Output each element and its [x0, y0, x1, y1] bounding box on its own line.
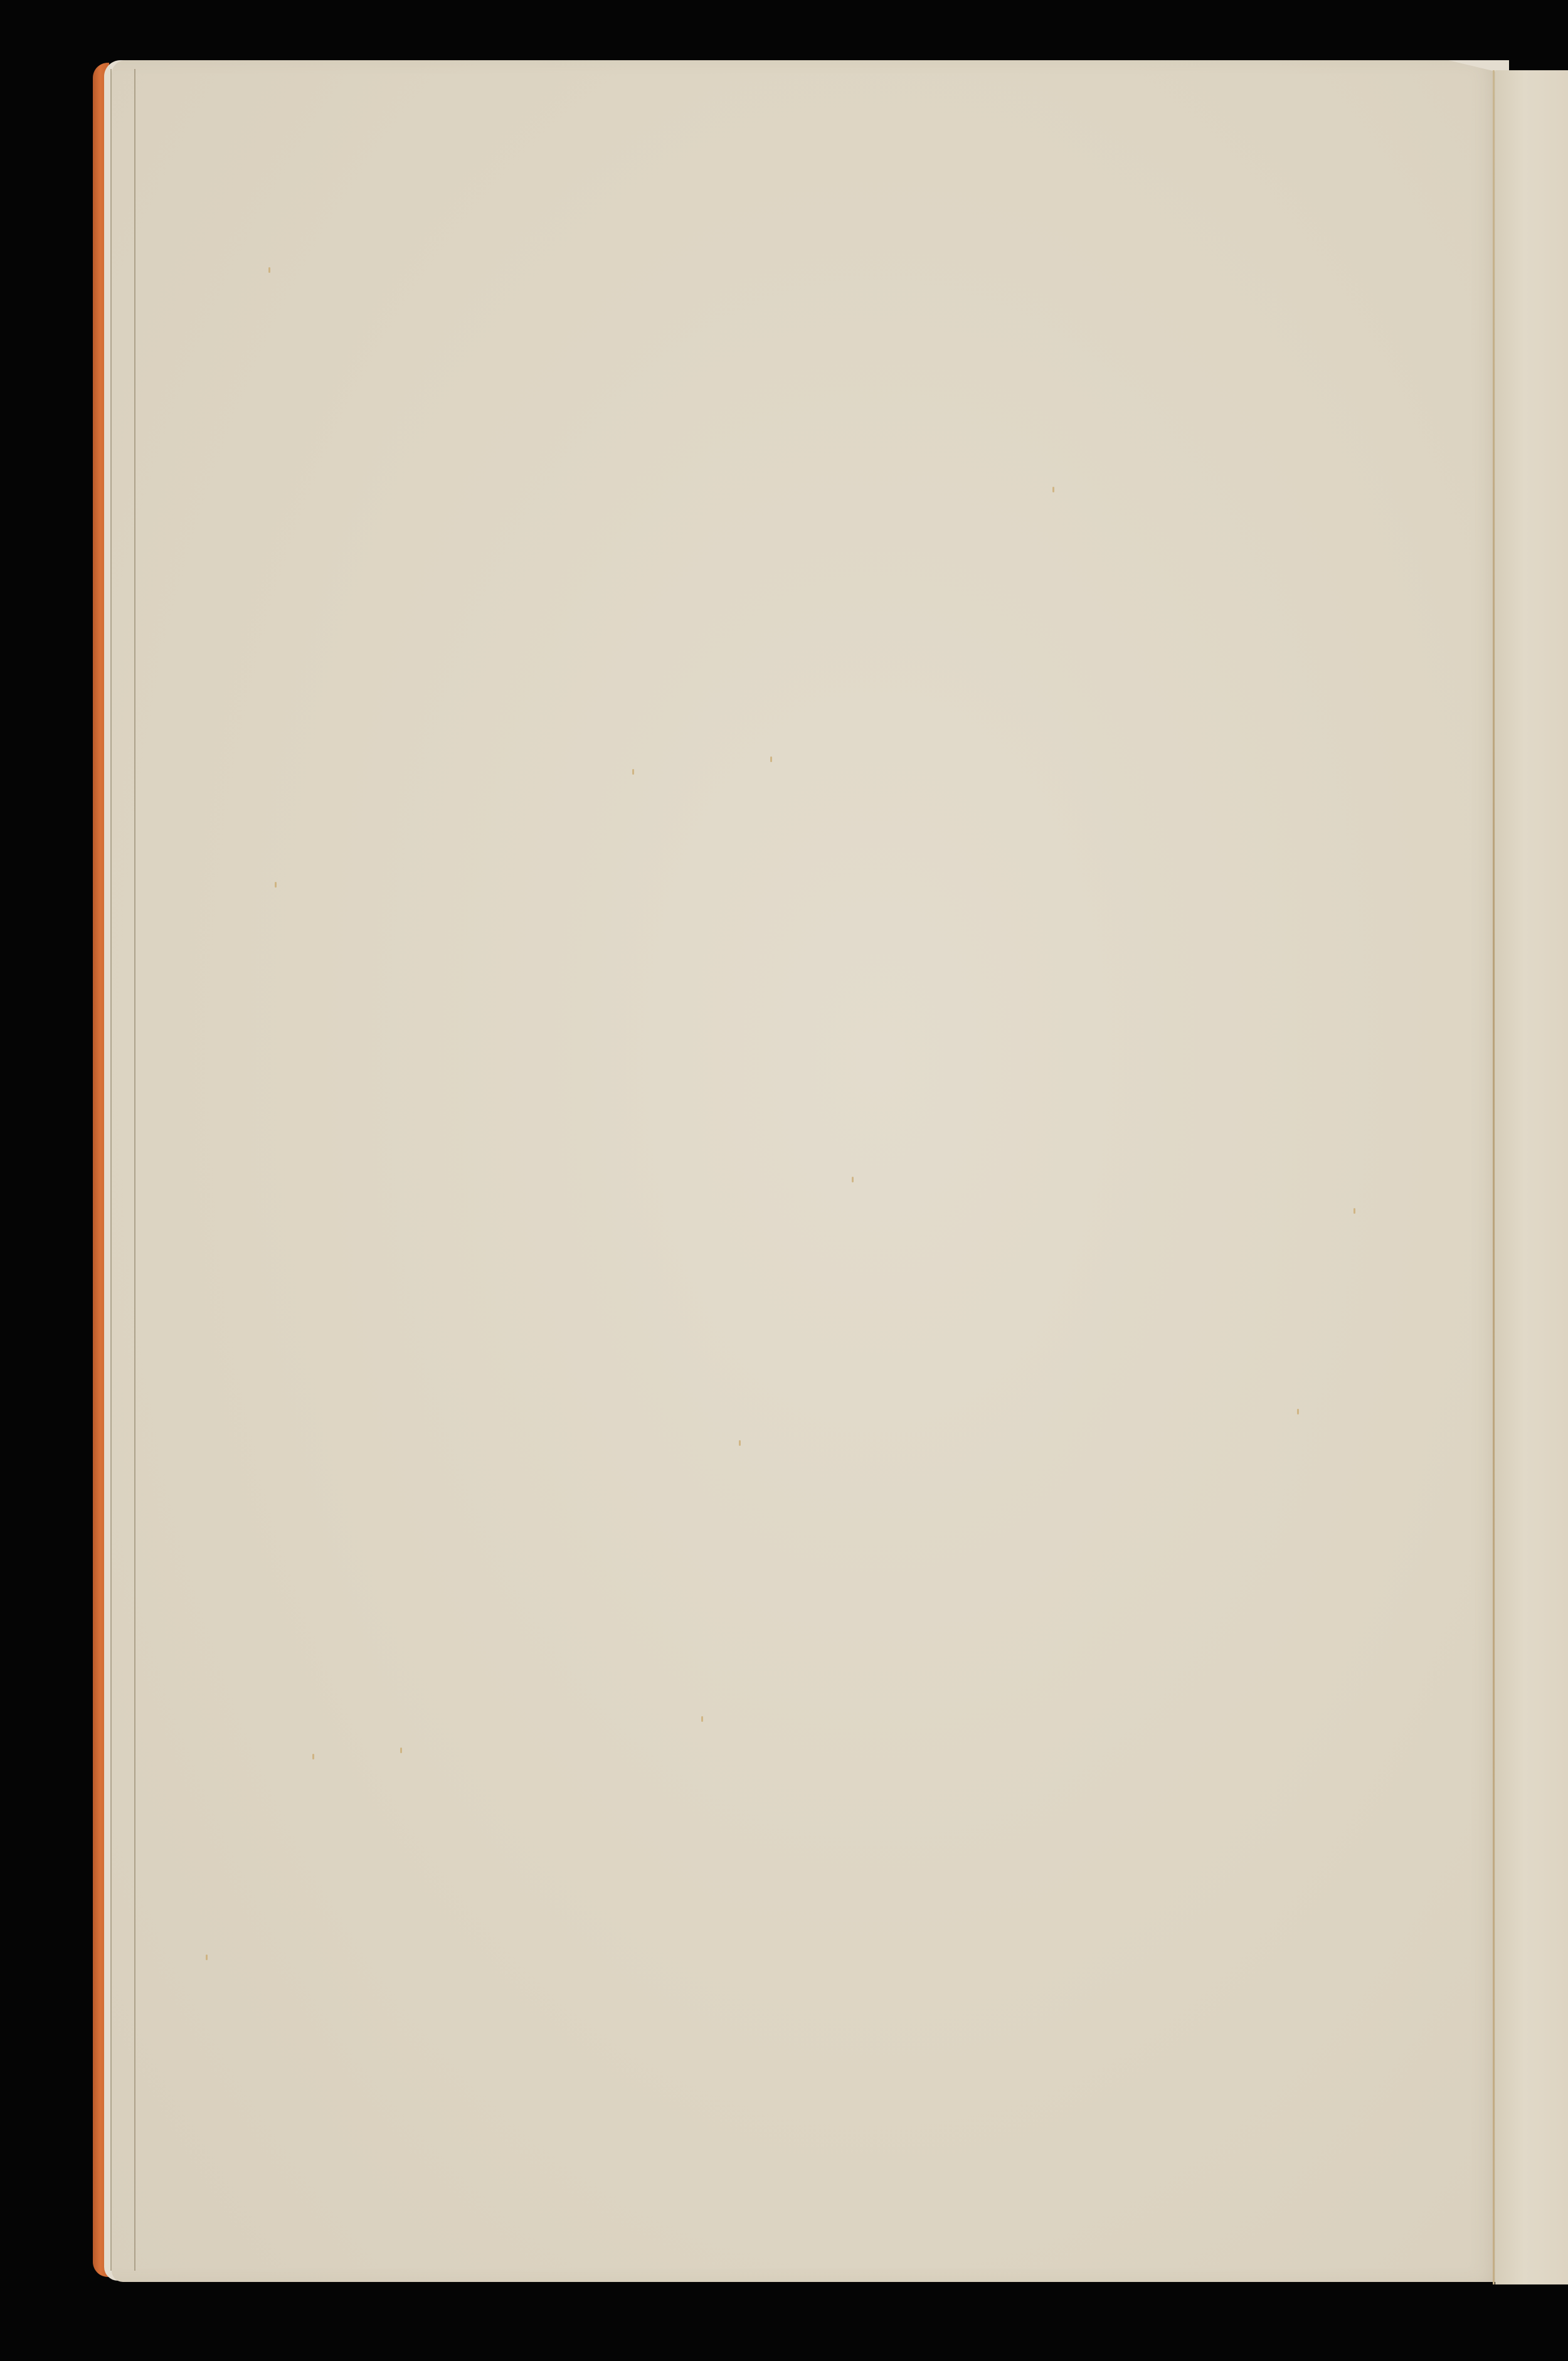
adjacent-page-edge [1495, 70, 1568, 2284]
paper-speck [852, 1177, 854, 1182]
paper-speck [206, 1955, 208, 1960]
blank-book-page [112, 60, 1504, 2282]
page-fold-line [110, 69, 112, 2271]
paper-speck [701, 1716, 703, 1722]
photo-scene [0, 0, 1568, 2361]
paper-speck [275, 882, 277, 888]
paper-speck [632, 769, 634, 775]
page-fold-line [134, 69, 135, 2271]
paper-speck [400, 1748, 402, 1753]
paper-speck [739, 1440, 741, 1446]
book-spine-gutter [1493, 70, 1495, 2284]
paper-speck [312, 1754, 314, 1759]
paper-speck [1297, 1409, 1299, 1414]
paper-speck [1353, 1208, 1355, 1214]
paper-speck [1052, 487, 1054, 492]
paper-speck [268, 267, 270, 273]
paper-speck [770, 756, 772, 762]
